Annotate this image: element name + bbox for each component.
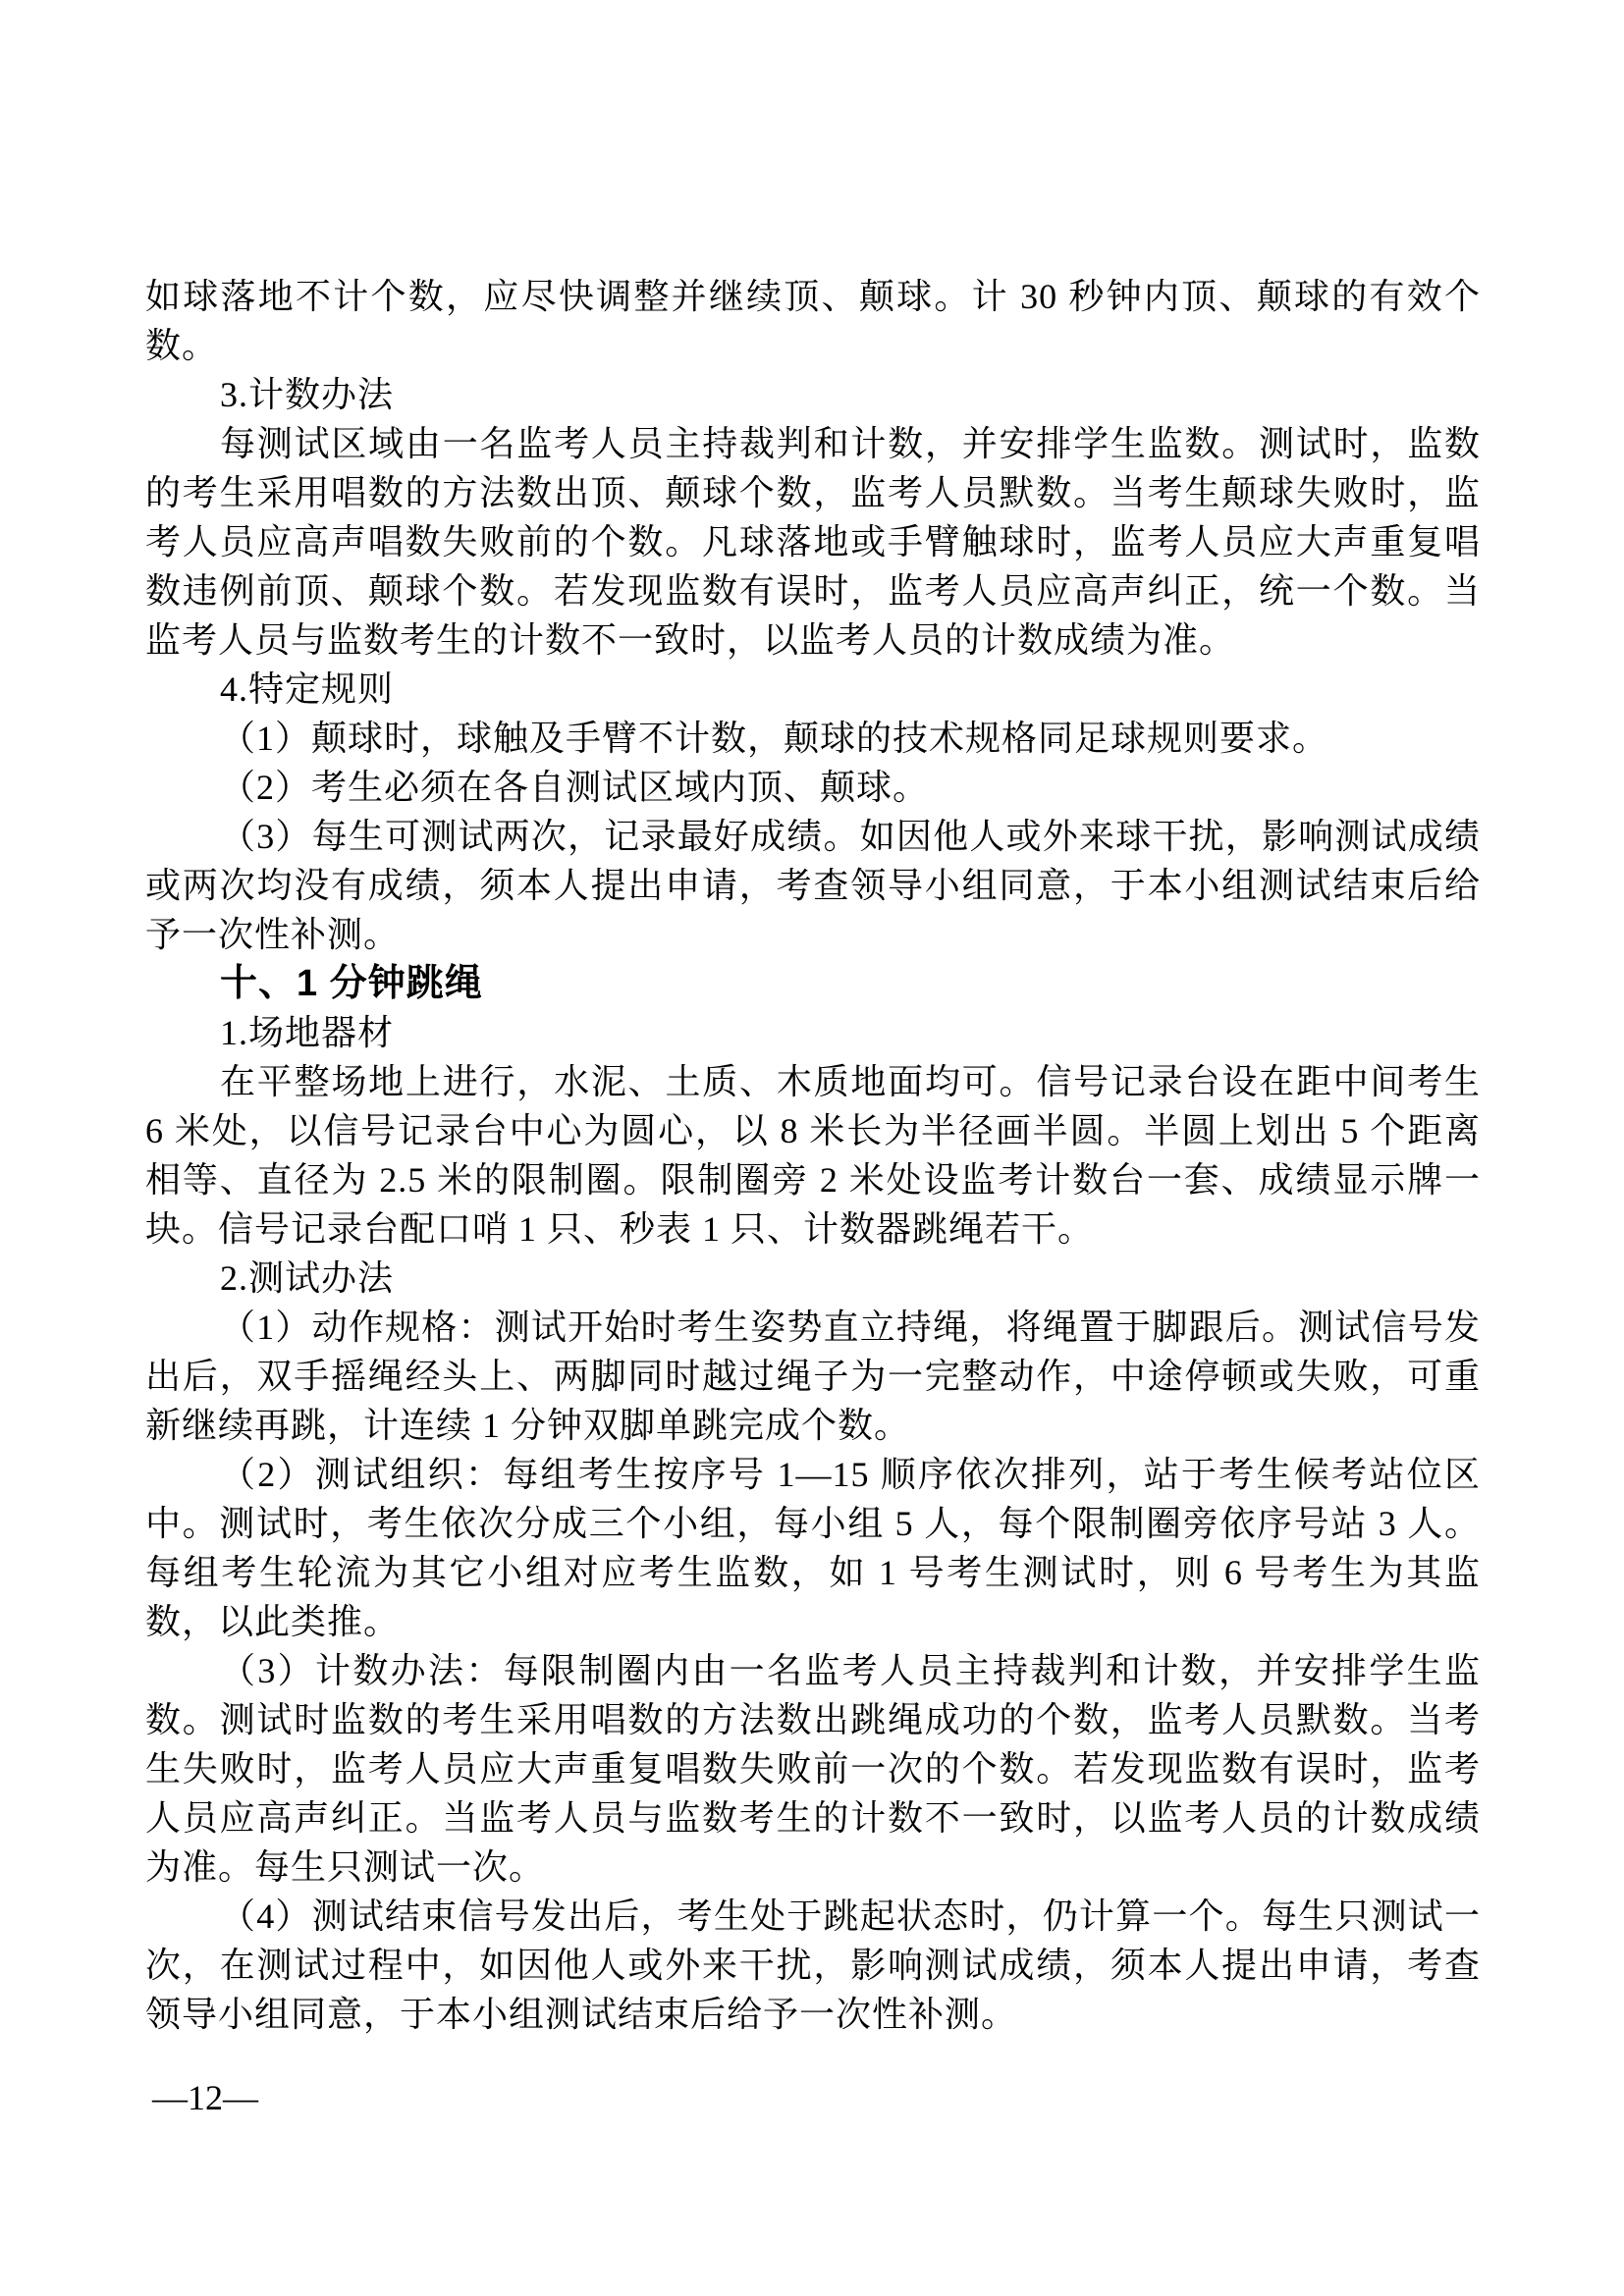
body-paragraph: （1）颠球时，球触及手臂不计数，颠球的技术规格同足球规则要求。 — [145, 714, 1481, 763]
body-paragraph: （2）测试组织：每组考生按序号 1—15 顺序依次排列，站于考生候考站位区中。测… — [145, 1450, 1481, 1646]
body-paragraph: 如球落地不计个数，应尽快调整并继续顶、颠球。计 30 秒钟内顶、颠球的有效个数。 — [145, 272, 1481, 370]
body-paragraph: （1）动作规格：测试开始时考生姿势直立持绳，将绳置于脚跟后。测试信号发出后，双手… — [145, 1303, 1481, 1450]
document-body: 如球落地不计个数，应尽快调整并继续顶、颠球。计 30 秒钟内顶、颠球的有效个数。… — [145, 272, 1481, 2039]
body-paragraph: （2）考生必须在各自测试区域内顶、颠球。 — [145, 763, 1481, 812]
subsection-heading-venue-equipment: 1.场地器材 — [145, 1008, 1481, 1057]
subsection-heading-specific-rules: 4.特定规则 — [145, 665, 1481, 714]
document-page: 如球落地不计个数，应尽快调整并继续顶、颠球。计 30 秒钟内顶、颠球的有效个数。… — [0, 0, 1624, 2296]
subsection-heading-test-method: 2.测试办法 — [145, 1254, 1481, 1303]
body-paragraph: （4）测试结束信号发出后，考生处于跳起状态时，仍计算一个。每生只测试一次，在测试… — [145, 1892, 1481, 2039]
page-number: —12— — [152, 2073, 258, 2122]
body-paragraph: （3）计数办法：每限制圈内由一名监考人员主持裁判和计数，并安排学生监数。测试时监… — [145, 1646, 1481, 1892]
subsection-heading-counting-method: 3.计数办法 — [145, 370, 1481, 419]
body-paragraph: （3）每生可测试两次，记录最好成绩。如因他人或外来球干扰，影响测试成绩或两次均没… — [145, 812, 1481, 959]
section-heading-one-minute-rope-skipping: 十、1 分钟跳绳 — [145, 959, 1481, 1008]
body-paragraph: 每测试区域由一名监考人员主持裁判和计数，并安排学生监数。测试时，监数的考生采用唱… — [145, 419, 1481, 665]
body-paragraph: 在平整场地上进行，水泥、土质、木质地面均可。信号记录台设在距中间考生 6 米处，… — [145, 1057, 1481, 1254]
